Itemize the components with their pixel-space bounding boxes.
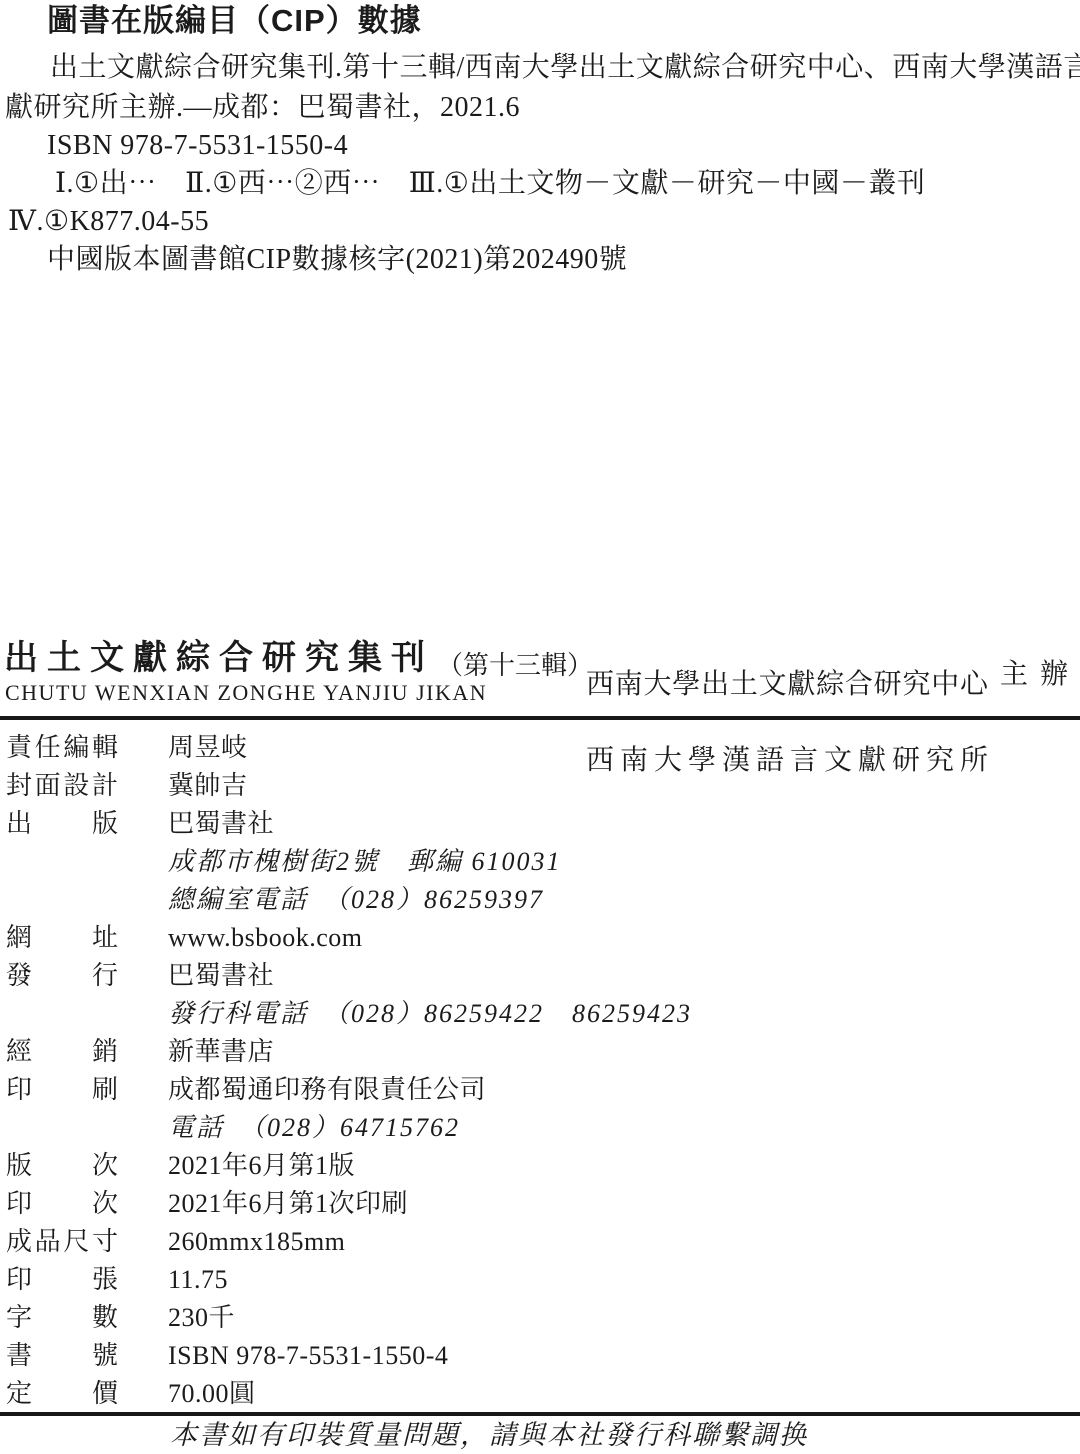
cip-description-line1: 出土文獻綜合研究集刊.第十三輯/西南大學出土文獻綜合研究中心、西南大學漢語言文 — [50, 48, 1080, 88]
colophon-row-value: 2021年6月第1版 — [168, 1147, 355, 1185]
colophon-row-value: 2021年6月第1次印刷 — [168, 1185, 408, 1223]
colophon-row: 版 次 2021年6月第1版 — [0, 1147, 1080, 1185]
colophon-row: 定 價 70.00圓 — [0, 1375, 1080, 1413]
colophon-row-label: 版 次 — [6, 1147, 118, 1185]
colophon-table: 責任編輯 周昱岐 封面設計 冀帥吉 出 版 巴蜀書社 成都市槐樹街2號 郵編 6… — [0, 729, 1080, 1413]
organizer-line1: 西南大學出土文獻綜合研究中心 — [586, 665, 988, 705]
colophon-row-label: 責任編輯 — [6, 729, 118, 767]
colophon-row-value: www.bsbook.com — [168, 919, 363, 957]
colophon-row: 出 版 巴蜀書社 — [0, 805, 1080, 843]
cip-classification-line1: Ⅰ.①出⋯ Ⅱ.①西⋯②西⋯ Ⅲ.①出土文物－文獻－研究－中國－叢刊 — [55, 164, 925, 204]
colophon-row-label: 網 址 — [6, 919, 118, 957]
colophon-row: 電話 （028）64715762 — [0, 1109, 1080, 1147]
colophon-row-label — [6, 995, 118, 1033]
colophon-row-label: 字 數 — [6, 1299, 118, 1337]
colophon-row-label — [6, 1109, 118, 1147]
colophon-row-label: 印 次 — [6, 1185, 118, 1223]
colophon-row: 成都市槐樹街2號 郵編 610031 — [0, 843, 1080, 881]
colophon-row-value: 總編室電話 （028）86259397 — [168, 881, 544, 919]
colophon-row-label: 發 行 — [6, 957, 118, 995]
book-title: 出土文獻綜合研究集刊 — [4, 636, 434, 680]
organizer-role: 主辦 — [1000, 655, 1080, 695]
colophon-row: 發 行 巴蜀書社 — [0, 957, 1080, 995]
colophon-row-value: 新華書店 — [168, 1033, 274, 1071]
colophon-row: 印 刷 成都蜀通印務有限責任公司 — [0, 1071, 1080, 1109]
colophon-row: 責任編輯 周昱岐 — [0, 729, 1080, 767]
colophon-row: 發行科電話 （028）86259422 86259423 — [0, 995, 1080, 1033]
colophon-row-value: 11.75 — [168, 1261, 228, 1299]
cip-isbn: ISBN 978-7-5531-1550-4 — [47, 126, 348, 166]
divider-top — [0, 716, 1080, 720]
colophon-row-value: 成都市槐樹街2號 郵編 610031 — [168, 843, 562, 881]
cip-record-number: 中國版本圖書館CIP數據核字(2021)第202490號 — [47, 240, 627, 280]
colophon-row-label: 書 號 — [6, 1337, 118, 1375]
colophon-row-value: 成都蜀通印務有限責任公司 — [168, 1071, 486, 1109]
colophon-row-label: 封面設計 — [6, 767, 118, 805]
colophon-row-label — [6, 881, 118, 919]
colophon-row: 印 張 11.75 — [0, 1261, 1080, 1299]
colophon-row: 字 數 230千 — [0, 1299, 1080, 1337]
cip-classification-line2: Ⅳ.①K877.04-55 — [8, 202, 209, 242]
colophon-row-value: 70.00圓 — [168, 1375, 256, 1413]
volume-label: （第十三輯） — [437, 648, 593, 684]
book-title-pinyin: CHUTU WENXIAN ZONGHE YANJIU JIKAN — [5, 678, 487, 708]
colophon-row: 經 銷 新華書店 — [0, 1033, 1080, 1071]
colophon-row-value: 電話 （028）64715762 — [168, 1109, 460, 1147]
colophon-row-label: 印 張 — [6, 1261, 118, 1299]
colophon-row-value: ISBN 978-7-5531-1550-4 — [168, 1337, 448, 1375]
colophon-row-label — [6, 843, 118, 881]
colophon-row-value: 230千 — [168, 1299, 235, 1337]
colophon-row: 網 址 www.bsbook.com — [0, 919, 1080, 957]
colophon-row-label: 出 版 — [6, 805, 118, 843]
colophon-row: 成品尺寸 260mmx185mm — [0, 1223, 1080, 1261]
colophon-row: 總編室電話 （028）86259397 — [0, 881, 1080, 919]
colophon-row-label: 定 價 — [6, 1375, 118, 1413]
colophon-row-value: 周昱岐 — [168, 729, 248, 767]
quality-notice: 本書如有印裝質量問題，請與本社發行科聯繫調换 — [170, 1418, 808, 1452]
cip-heading: 圖書在版編目（CIP）數據 — [47, 2, 422, 40]
colophon-row: 書 號 ISBN 978-7-5531-1550-4 — [0, 1337, 1080, 1375]
colophon-row: 印 次 2021年6月第1次印刷 — [0, 1185, 1080, 1223]
colophon-row-label: 印 刷 — [6, 1071, 118, 1109]
colophon-row-value: 冀帥吉 — [168, 767, 248, 805]
colophon-row-value: 巴蜀書社 — [168, 805, 274, 843]
colophon-row-value: 260mmx185mm — [168, 1223, 345, 1261]
colophon-row-value: 巴蜀書社 — [168, 957, 274, 995]
colophon-row: 封面設計 冀帥吉 — [0, 767, 1080, 805]
divider-bottom — [0, 1412, 1080, 1416]
cip-description-line2: 獻研究所主辦.—成都：巴蜀書社，2021.6 — [5, 88, 520, 128]
colophon-row-label: 成品尺寸 — [6, 1223, 118, 1261]
colophon-row-value: 發行科電話 （028）86259422 86259423 — [168, 995, 692, 1033]
colophon-row-label: 經 銷 — [6, 1033, 118, 1071]
